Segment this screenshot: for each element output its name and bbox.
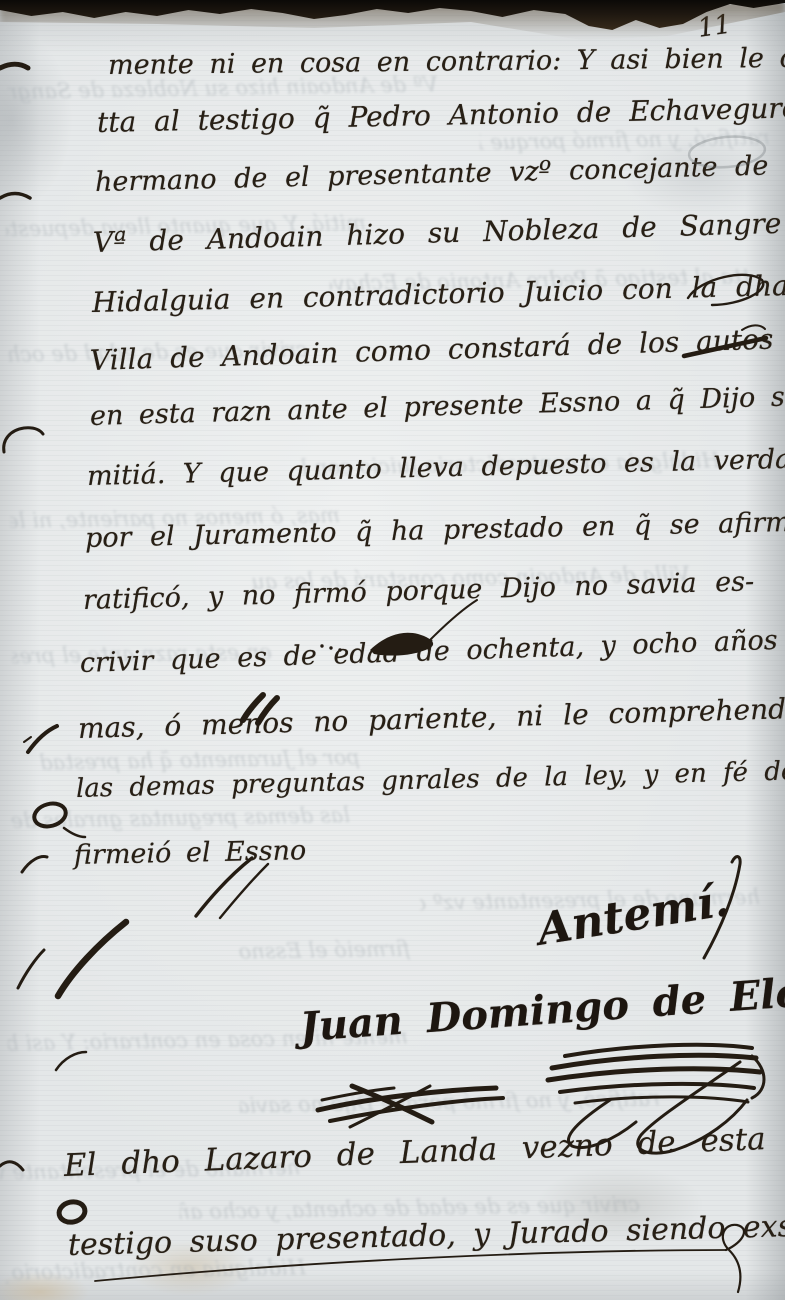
- manuscript-line: crivir que es de edad de ochenta, y ocho…: [79, 622, 785, 679]
- manuscript-line: ratificó, y no firmó porque Dijo no savi…: [83, 566, 755, 616]
- manuscript-line: tta al testigo q̃ Pedro Antonio de Echav…: [97, 91, 785, 139]
- manuscript-line: Hidalguia en contradictorio Juicio con l…: [92, 269, 785, 319]
- manuscript-line: hermano de el presentante vzº concejante…: [95, 150, 785, 198]
- manuscript-page: Vª de Andoain hizo su Nobleza de Sangre …: [0, 0, 785, 1300]
- manuscript-line: mitiá. Y que quanto lleva depuesto es la…: [87, 443, 785, 492]
- footer-line: El dho Lazaro de Landa vezno de esta Vª: [63, 1119, 785, 1184]
- manuscript-line: las demas preguntas gnrales de la ley, y…: [76, 755, 785, 804]
- bleedthrough-text: Hidalguia en contradictorio Juicio con l…: [6, 1255, 307, 1292]
- ante-mi-attestation: Antemí.: [534, 875, 733, 956]
- bleedthrough-text: ratificó, y no firmó porque Dijo no savi…: [240, 1086, 660, 1125]
- manuscript-line: mas, ó menos no pariente, ni le comprehe…: [78, 691, 785, 745]
- footer-line: testigo suso presentado, y Jurado siendo…: [68, 1209, 785, 1263]
- manuscript-line: mente ni en cosa en contrario: Y asi bie…: [108, 42, 785, 81]
- manuscript-line: en esta razn ante el presente Essno a q̃…: [90, 380, 785, 432]
- manuscript-line: Villa de Andoain como constará de los au…: [89, 320, 785, 377]
- manuscript-line: firmeió el Essno: [74, 835, 307, 871]
- bleedthrough-text: firmeió el Essno: [30, 937, 411, 976]
- manuscript-line: por el Juramento q̃ ha prestado en q̃ se…: [85, 507, 785, 554]
- manuscript-line: Vª de Andoain hizo su Nobleza de Sangre …: [93, 205, 785, 259]
- notary-signature: Juan Domingo de Elola: [298, 966, 785, 1051]
